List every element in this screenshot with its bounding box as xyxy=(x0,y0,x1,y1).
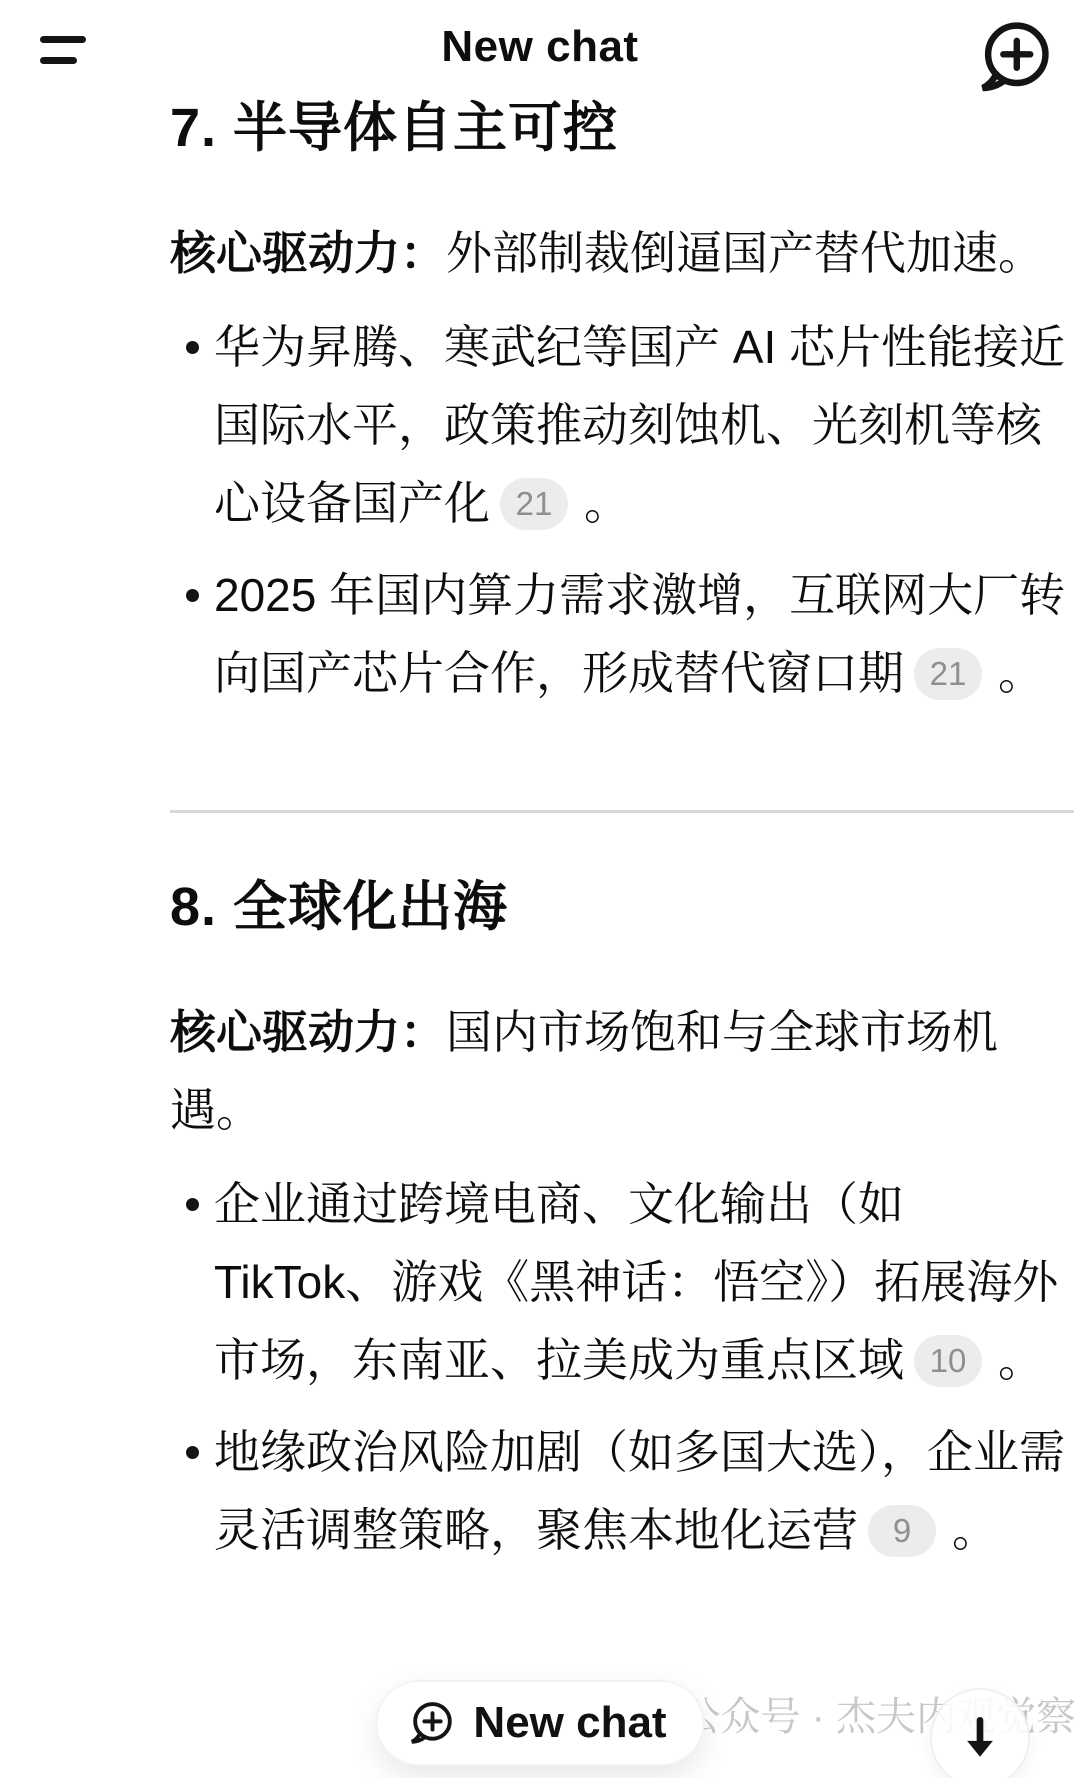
lead-label: 核心驱动力： xyxy=(170,227,446,279)
citation-badge[interactable]: 9 xyxy=(868,1505,936,1557)
bullet-dot-icon xyxy=(186,1446,199,1459)
bullet-after: 。 xyxy=(998,1334,1044,1386)
menu-icon-bar xyxy=(40,36,86,43)
chat-bubble-plus-icon xyxy=(405,1697,457,1749)
list-item: 地缘政治风险加剧（如多国大选），企业需灵活调整策略，聚焦本地化运营9。 xyxy=(170,1413,1074,1569)
lead-paragraph: 核心驱动力：国内市场饱和与全球市场机遇。 xyxy=(170,993,1074,1149)
section-heading: 8. 全球化出海 xyxy=(170,875,1074,939)
list-item: 企业通过跨境电商、文化输出（如 TikTok、游戏《黑神话：悟空》）拓展海外市场… xyxy=(170,1165,1074,1399)
bullet-text: 地缘政治风险加剧（如多国大选），企业需灵活调整策略，聚焦本地化运营 xyxy=(214,1426,1065,1556)
section-heading: 7. 半导体自主可控 xyxy=(170,96,1074,160)
chat-message-content: 7. 半导体自主可控 核心驱动力：外部制裁倒逼国产替代加速。 华为昇腾、寒武纪等… xyxy=(0,90,1080,1569)
new-chat-icon[interactable] xyxy=(972,14,1058,100)
lead-paragraph: 核心驱动力：外部制裁倒逼国产替代加速。 xyxy=(170,214,1074,292)
citation-badge[interactable]: 21 xyxy=(914,648,982,700)
bullet-after: 。 xyxy=(584,477,630,529)
lead-label: 核心驱动力： xyxy=(170,1006,446,1058)
page-title: New chat xyxy=(441,18,638,72)
bullet-dot-icon xyxy=(186,589,199,602)
bullet-text: 华为昇腾、寒武纪等国产 AI 芯片性能接近国际水平，政策推动刻蚀机、光刻机等核心… xyxy=(214,321,1065,529)
bullet-dot-icon xyxy=(186,341,199,354)
list-item: 华为昇腾、寒武纪等国产 AI 芯片性能接近国际水平，政策推动刻蚀机、光刻机等核心… xyxy=(170,308,1074,542)
section-divider xyxy=(170,810,1074,813)
lead-text: 外部制裁倒逼国产替代加速。 xyxy=(446,227,1044,279)
down-arrow-icon xyxy=(955,1713,1005,1763)
bullet-after: 。 xyxy=(952,1504,998,1556)
new-chat-button-label: New chat xyxy=(473,1698,666,1748)
bullet-dot-icon xyxy=(186,1198,199,1211)
list-item: 2025 年国内算力需求激增，互联网大厂转向国产芯片合作，形成替代窗口期21。 xyxy=(170,556,1074,712)
bullet-after: 。 xyxy=(998,647,1044,699)
bullet-list: 华为昇腾、寒武纪等国产 AI 芯片性能接近国际水平，政策推动刻蚀机、光刻机等核心… xyxy=(170,308,1074,712)
new-chat-button[interactable]: New chat xyxy=(377,1682,702,1764)
citation-badge[interactable]: 10 xyxy=(914,1335,982,1387)
citation-badge[interactable]: 21 xyxy=(500,478,568,530)
menu-icon-bar xyxy=(40,57,77,64)
chat-bubble-plus-icon xyxy=(972,14,1058,100)
bullet-list: 企业通过跨境电商、文化输出（如 TikTok、游戏《黑神话：悟空》）拓展海外市场… xyxy=(170,1165,1074,1569)
menu-icon[interactable] xyxy=(40,36,90,70)
scroll-to-bottom-button[interactable] xyxy=(932,1690,1028,1778)
top-bar: New chat xyxy=(0,0,1080,90)
